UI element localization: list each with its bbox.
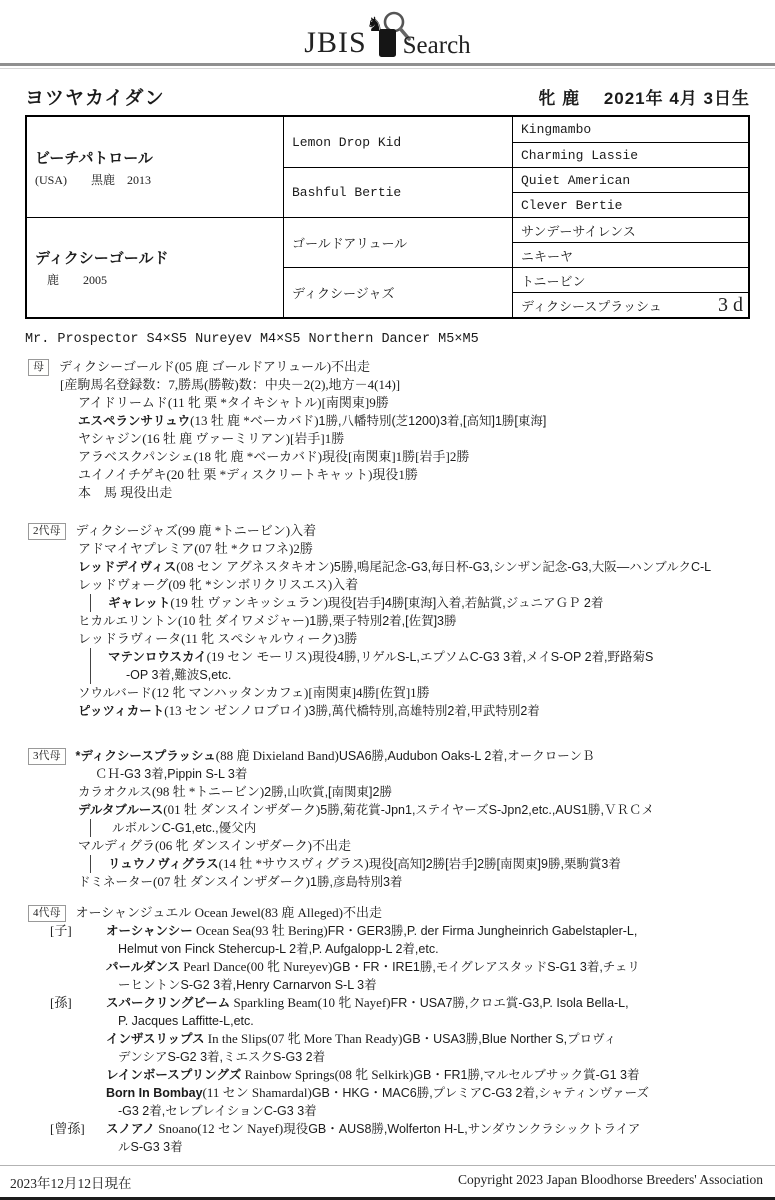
- pedigree-line: レッドラヴィータ(11 牝 スペシャルウィーク)3勝: [0, 630, 775, 648]
- family-section: 4代母オーシャンジュエル Ocean Jewel(83 鹿 Alleged)不出…: [0, 904, 775, 1156]
- text-segment: (12 セン Nayef): [197, 1121, 283, 1136]
- text-segment: 1勝,彦島特別3着: [310, 875, 402, 889]
- text-segment: ヒカルエリントン: [78, 614, 178, 628]
- generation-label: 3代母: [28, 748, 66, 765]
- pedigree-cell: Lemon Drop Kid: [283, 117, 512, 167]
- horse-name-bold: エスペランサリュウ: [78, 414, 190, 428]
- ancestor-name: ビーチパトロール: [35, 147, 153, 168]
- text-segment: [産駒馬名登録数：7,勝馬(勝鞍)数：中央－2(2),地方－4(14)]: [60, 377, 400, 392]
- text-segment: 現役[高知]2勝[岩手]2勝[南関東]9勝,栗駒賞3着: [369, 857, 621, 871]
- pedigree-cell: Clever Bertie: [512, 192, 748, 217]
- text-segment: In the Slips: [205, 1031, 267, 1046]
- pedigree-line: ーヒントンS-G2 3着,Henry Carnarvon S-L 3着: [0, 976, 775, 994]
- text-segment: Sparkling Beam: [230, 995, 317, 1010]
- jbis-search-logo: JBIS ♞ Search: [0, 0, 775, 58]
- pedigree-line: [曾孫]スノアノ Snoano(12 セン Nayef)現役GB・AUS8勝,W…: [0, 1120, 775, 1138]
- pedigree-line: Born In Bombay(11 セン Shamardal)GB・HKG・MA…: [0, 1084, 775, 1102]
- pedigree-line: [子]オーシャンシー Ocean Sea(93 牡 Bering)FR・GER3…: [0, 922, 775, 940]
- text-segment: (11 セン Shamardal): [203, 1085, 312, 1100]
- pedigree-line: ユイノイチゲキ(20 牡 栗 *ディスクリートキャット)現役1勝: [0, 466, 775, 484]
- pedigree-line: マテンロウスカイ(19 セン モーリス)現役4勝,リゲルS-L,エプソムC-G3…: [0, 648, 775, 666]
- sex-coat-birthdate: 牝 鹿 2021年 4月 3日生: [538, 84, 750, 109]
- horse-name: ヨツヤカイダン: [25, 83, 165, 110]
- pedigree-line: ヤシャジン(16 牡 鹿 ヴァーミリアン)[岩手]1勝: [0, 430, 775, 448]
- text-segment: P. Jacques Laffitte-L,etc.: [118, 1014, 254, 1028]
- pedigree-line: ギャレット(19 牡 ヴァンキッシュラン)現役[岩手]4勝[東海]入着,若鮎賞,…: [0, 594, 775, 612]
- text-segment: ドミネーター: [78, 875, 153, 889]
- pedigree-line: P. Jacques Laffitte-L,etc.: [0, 1012, 775, 1030]
- text-segment: (14 牡 *サウスヴィグラス): [219, 856, 369, 871]
- pedigree-line: [産駒馬名登録数：7,勝馬(勝鞍)数：中央－2(2),地方－4(14)]: [0, 376, 775, 394]
- pedigree-line: ドミネーター(07 牡 ダンスインザダーク)1勝,彦島特別3着: [0, 873, 775, 891]
- pedigree-cell: ディクシージャズ: [283, 267, 512, 317]
- text-segment: 5勝,鳴尾記念-G3,毎日杯-G3,シンザン記念-G3,大阪―ハンブルクC-L: [334, 560, 711, 574]
- pedigree-line: デルタブルース(01 牡 ダンスインザダーク)5勝,菊花賞-Jpn1,ステイヤー…: [0, 801, 775, 819]
- pedigree-line: レッドデイヴィス(08 セン アグネスタキオン)5勝,鳴尾記念-G3,毎日杯-G…: [0, 558, 775, 576]
- section-head-line: 3代母*ディクシースプラッシュ(88 鹿 Dixieland Band)USA6…: [0, 747, 775, 765]
- pedigree-page: JBIS ♞ Search ヨツヤカイダン 牝 鹿 2021年 4月 3日生 ビ…: [0, 0, 775, 1200]
- pedigree-line: インザスリップス In the Slips(07 牝 More Than Rea…: [0, 1030, 775, 1048]
- text-segment: Pearl Dance: [180, 959, 246, 974]
- pedigree-line: マルディグラ(06 牝 ダンスインザダーク)不出走: [0, 837, 775, 855]
- text-segment: Helmut von Finck Stehercup-L 2着,P. Aufga…: [118, 942, 439, 956]
- generation-label: 2代母: [28, 523, 66, 540]
- horse-name-bold: デルタブルース: [78, 803, 163, 817]
- text-segment: 本 馬 現役出走: [78, 485, 172, 500]
- text-segment: (10 牝 Nayef): [318, 995, 391, 1010]
- family-section: 3代母*ディクシースプラッシュ(88 鹿 Dixieland Band)USA6…: [0, 747, 775, 891]
- pedigree-line: ルボルンC-G1,etc.,優父内: [0, 819, 775, 837]
- pedigree-line: エスペランサリュウ(13 牡 鹿 *ベーカバド)1勝,八幡特別(芝1200)3着…: [0, 412, 775, 430]
- text-segment: (00 牝 Nureyev): [246, 959, 332, 974]
- text-segment: レッドラヴィータ(11 牝 スペシャルウィーク)3勝: [78, 631, 357, 646]
- ancestor-name: ディクシージャズ: [292, 283, 394, 302]
- ancestor-name: Quiet American: [521, 173, 630, 188]
- horse-name-bold: ギャレット: [108, 596, 170, 610]
- text-segment: ルボルンC-G1,etc.,優父内: [112, 821, 256, 835]
- text-segment: Snoano: [155, 1121, 197, 1136]
- pedigree-cell: ニキーヤ: [512, 242, 748, 267]
- text-segment: (10 牡 ダイワメジャー): [178, 613, 309, 628]
- relation-label: [曾孫]: [50, 1120, 106, 1138]
- section-head-line: 2代母ディクシージャズ(99 鹿 *トニービン)入着: [0, 522, 775, 540]
- horse-name-bold: パールダンス: [106, 960, 180, 974]
- ancestor-name: Clever Bertie: [521, 198, 622, 213]
- ancestor-name: Lemon Drop Kid: [292, 135, 401, 150]
- text-segment: GB・FR・IRE1勝,モイグレアスタッドS-G1 3着,チェリ: [332, 960, 640, 974]
- text-segment: 1勝,八幡特別(芝1200)3着,[高知]1勝[東海]: [319, 414, 547, 428]
- pedigree-line: アラベスクパンシェ(18 牝 鹿 *ベーカバド)現役[南関東]1勝[岩手]2勝: [0, 448, 775, 466]
- text-segment: ーヒントンS-G2 3着,Henry Carnarvon S-L 3着: [118, 978, 377, 992]
- family-sections: 母ディクシーゴールド(05 鹿 ゴールドアリュール)不出走[産駒馬名登録数：7,…: [0, 358, 775, 1156]
- text-segment: -G3 2着,セレブレイションC-G3 3着: [118, 1104, 317, 1118]
- page-footer: 2023年12月12日現在 Copyright 2023 Japan Blood…: [0, 1165, 775, 1192]
- text-segment: -OP 3着,難波S,etc.: [126, 668, 231, 682]
- pedigree-cell: トニービン: [512, 267, 748, 292]
- logo-text-jbis: JBIS: [304, 28, 366, 58]
- text-segment: USA6勝,Audubon Oaks-L 2着,オークローンＢ: [339, 747, 595, 765]
- text-segment: (08 セン アグネスタキオン): [176, 559, 334, 574]
- ancestor-name: ディクシースプラッシュ: [521, 296, 662, 315]
- text-segment: 1勝,栗子特別2着,[佐賀]3勝: [309, 614, 456, 628]
- text-segment: 5勝,菊花賞-Jpn1,ステイヤーズS-Jpn2,etc.,AUS1勝,ＶＲＣメ: [320, 803, 654, 817]
- text-segment: (13 牡 鹿 *ベーカバド): [190, 413, 318, 428]
- text-segment: (19 セン モーリス): [207, 649, 312, 664]
- horse-name-bold: オーシャンシー: [106, 924, 193, 938]
- text-segment: (98 牡 *トニービン): [152, 784, 264, 799]
- horse-name-bold: マテンロウスカイ: [108, 650, 207, 664]
- text-segment: (08 牝 Selkirk): [335, 1067, 414, 1082]
- text-segment: GB・HKG・MAC6勝,プレミアC-G3 2着,シャティンヴァーズ: [312, 1086, 649, 1100]
- ancestor-name: サンデーサイレンス: [521, 221, 636, 240]
- text-segment: アドマイヤプレミア(07 牡 *クロフネ)2勝: [78, 541, 313, 556]
- generation-label: 母: [28, 359, 49, 376]
- text-segment: レッドヴォーグ(09 牝 *シンボリクリスエス)入着: [78, 577, 358, 592]
- pedigree-cell: サンデーサイレンス: [512, 217, 748, 242]
- ancestor-name: ニキーヤ: [521, 246, 573, 265]
- ancestor-name: Kingmambo: [521, 122, 591, 137]
- text-segment: FR・USA7勝,クロエ賞-G3,P. Isola Bella-L,: [391, 996, 629, 1010]
- pedigree-line: ＣＨ-G3 3着,Pippin S-L 3着: [0, 765, 775, 783]
- pedigree-cell: ディクシーゴールド 鹿 2005: [27, 217, 283, 317]
- text-segment: (12 牝 マンハッタンカフェ)[南関東]4勝[佐賀]1勝: [152, 685, 430, 700]
- text-segment: Rainbow Springs: [241, 1067, 334, 1082]
- text-segment: GB・FR1勝,マルセルブサック賞-G1 3着: [413, 1068, 639, 1082]
- generation-label: 4代母: [28, 905, 66, 922]
- text-segment: (07 牝 More Than Ready): [267, 1031, 403, 1046]
- section-head-line: 4代母オーシャンジュエル Ocean Jewel(83 鹿 Alleged)不出…: [0, 904, 775, 922]
- footer-rule: [0, 1165, 775, 1166]
- horse-name-bold: スパークリングビーム: [106, 996, 230, 1010]
- pedigree-line: ピッツィカート(13 セン ゼンノロブロイ)3勝,萬代橋特別,高雄特別2着,甲武…: [0, 702, 775, 720]
- logo-text-search: Search: [403, 33, 471, 58]
- text-segment: GB・USA3勝,Blue Norther S,プロヴィ: [403, 1032, 617, 1046]
- ancestor-name: トニービン: [521, 271, 585, 290]
- cell-annotation: 3 d: [718, 294, 748, 317]
- horse-name-bold: *ディクシースプラッシュ: [76, 747, 216, 765]
- pedigree-cell: Charming Lassie: [512, 142, 748, 167]
- ancestor-name: Charming Lassie: [521, 148, 638, 163]
- pedigree-line: ヒカルエリントン(10 牡 ダイワメジャー)1勝,栗子特別2着,[佐賀]3勝: [0, 612, 775, 630]
- text-segment: アイドリームド(11 牝 栗 *タイキシャトル)[南関東]9勝: [78, 395, 389, 410]
- text-segment: FR・GER3勝,P. der Firma Jungheinrich Gabel…: [328, 924, 638, 938]
- section-head-line: 母ディクシーゴールド(05 鹿 ゴールドアリュール)不出走: [0, 358, 775, 376]
- pedigree-cell: ゴールドアリュール: [283, 217, 512, 267]
- copyright-text: Copyright 2023 Japan Bloodhorse Breeders…: [458, 1172, 763, 1192]
- text-segment: オーシャンジュエル Ocean Jewel(83 鹿 Alleged)不出走: [76, 904, 383, 922]
- pedigree-cell: ディクシースプラッシュ3 d: [512, 292, 748, 317]
- header-rule-light: [0, 68, 775, 69]
- pedigree-line: -G3 2着,セレブレイションC-G3 3着: [0, 1102, 775, 1120]
- pedigree-cell: Bashful Bertie: [283, 167, 512, 217]
- text-segment: ディクシーゴールド(05 鹿 ゴールドアリュール)不出走: [59, 358, 370, 376]
- text-segment: ユイノイチゲキ(20 牡 栗 *ディスクリートキャット)現役1勝: [78, 467, 418, 482]
- ancestor-name: ゴールドアリュール: [292, 233, 407, 252]
- ancestor-name: Bashful Bertie: [292, 185, 401, 200]
- text-segment: ルS-G3 3着: [118, 1140, 183, 1154]
- text-segment: (19 牡 ヴァンキッシュラン): [170, 595, 328, 610]
- family-section: 2代母ディクシージャズ(99 鹿 *トニービン)入着アドマイヤプレミア(07 牡…: [0, 522, 775, 720]
- header-rule: [0, 63, 775, 66]
- pedigree-line: -OP 3着,難波S,etc.: [0, 666, 775, 684]
- text-segment: 3勝,萬代橋特別,高雄特別2着,甲武特別2着: [309, 704, 540, 718]
- text-segment: 2勝,山吹賞,[南関東]2勝: [264, 785, 392, 799]
- text-segment: ヤシャジン(16 牡 鹿 ヴァーミリアン)[岩手]1勝: [78, 431, 344, 446]
- as-of-date: 2023年12月12日現在: [10, 1172, 132, 1192]
- horse-name-bold: レッドデイヴィス: [78, 560, 176, 574]
- horse-name-bold: リュウノヴィグラス: [108, 857, 219, 871]
- pedigree-line: カラオクルス(98 牡 *トニービン)2勝,山吹賞,[南関東]2勝: [0, 783, 775, 801]
- pedigree-line: ルS-G3 3着: [0, 1138, 775, 1156]
- pedigree-line: [孫]スパークリングビーム Sparkling Beam(10 牝 Nayef)…: [0, 994, 775, 1012]
- pedigree-cell: Quiet American: [512, 167, 748, 192]
- text-segment: Ocean Sea: [193, 923, 251, 938]
- text-segment: ＣＨ-G3 3着,Pippin S-L 3着: [95, 767, 247, 781]
- text-segment: (13 セン ゼンノロブロイ): [164, 703, 308, 718]
- text-segment: 現役GB・AUS8勝,Wolferton H-L,サンダウンクラシックトライア: [283, 1122, 640, 1136]
- text-segment: ソウルバード: [78, 686, 152, 700]
- ancestor-detail: 鹿 2005: [35, 271, 107, 288]
- text-segment: マルディグラ(06 牝 ダンスインザダーク)不出走: [78, 838, 351, 853]
- pedigree-cell: ビーチパトロール(USA) 黒鹿 2013: [27, 117, 283, 217]
- pedigree-line: Helmut von Finck Stehercup-L 2着,P. Aufga…: [0, 940, 775, 958]
- horse-name-bold: ピッツィカート: [78, 704, 164, 718]
- text-segment: (93 牡 Bering): [251, 923, 328, 938]
- ancestor-name: ディクシーゴールド: [35, 247, 169, 268]
- pedigree-line: 本 馬 現役出走: [0, 484, 775, 502]
- pedigree-line: リュウノヴィグラス(14 牡 *サウスヴィグラス)現役[高知]2勝[岩手]2勝[…: [0, 855, 775, 873]
- text-segment: (07 牡 ダンスインザダーク): [153, 874, 310, 889]
- horse-name-bold: スノアノ: [106, 1122, 155, 1136]
- pedigree-cell: Kingmambo: [512, 117, 748, 142]
- pedigree-line: レインボースプリングズ Rainbow Springs(08 牝 Selkirk…: [0, 1066, 775, 1084]
- text-segment: 現役4勝,リゲルS-L,エプソムC-G3 3着,メイS-OP 2着,野路菊S: [312, 650, 653, 664]
- horse-name-bold: レインボースプリングズ: [106, 1068, 241, 1082]
- pedigree-line: パールダンス Pearl Dance(00 牝 Nureyev)GB・FR・IR…: [0, 958, 775, 976]
- pedigree-line: アイドリームド(11 牝 栗 *タイキシャトル)[南関東]9勝: [0, 394, 775, 412]
- title-bar: ヨツヤカイダン 牝 鹿 2021年 4月 3日生: [25, 83, 750, 110]
- text-segment: デンシアS-G2 3着,ミエスクS-G3 2着: [118, 1050, 325, 1064]
- pedigree-line: レッドヴォーグ(09 牝 *シンボリクリスエス)入着: [0, 576, 775, 594]
- horse-name-bold: インザスリップス: [106, 1032, 205, 1046]
- text-segment: カラオクルス: [78, 785, 152, 799]
- family-section: 母ディクシーゴールド(05 鹿 ゴールドアリュール)不出走[産駒馬名登録数：7,…: [0, 358, 775, 502]
- relation-label: [孫]: [50, 994, 106, 1012]
- ancestor-detail: (USA) 黒鹿 2013: [35, 171, 151, 188]
- inbreeding-line: Mr. Prospector S4×S5 Nureyev M4×S5 North…: [25, 332, 750, 347]
- text-segment: 現役[岩手]4勝[東海]入着,若鮎賞,ジュニアＧＰ 2着: [328, 596, 603, 610]
- relation-label: [子]: [50, 922, 106, 940]
- horse-name-bold: Born In Bombay: [106, 1086, 203, 1100]
- pedigree-line: アドマイヤプレミア(07 牡 *クロフネ)2勝: [0, 540, 775, 558]
- pedigree-line: デンシアS-G2 3着,ミエスクS-G3 2着: [0, 1048, 775, 1066]
- text-segment: アラベスクパンシェ(18 牝 鹿 *ベーカバド)現役[南関東]1勝[岩手]2勝: [78, 449, 469, 464]
- text-segment: ディクシージャズ(99 鹿 *トニービン)入着: [76, 522, 317, 540]
- text-segment: (88 鹿 Dixieland Band): [216, 747, 339, 765]
- text-segment: (01 牡 ダンスインザダーク): [163, 802, 320, 817]
- pedigree-table: ビーチパトロール(USA) 黒鹿 2013ディクシーゴールド 鹿 2005Lem…: [25, 115, 750, 319]
- pedigree-line: ソウルバード(12 牝 マンハッタンカフェ)[南関東]4勝[佐賀]1勝: [0, 684, 775, 702]
